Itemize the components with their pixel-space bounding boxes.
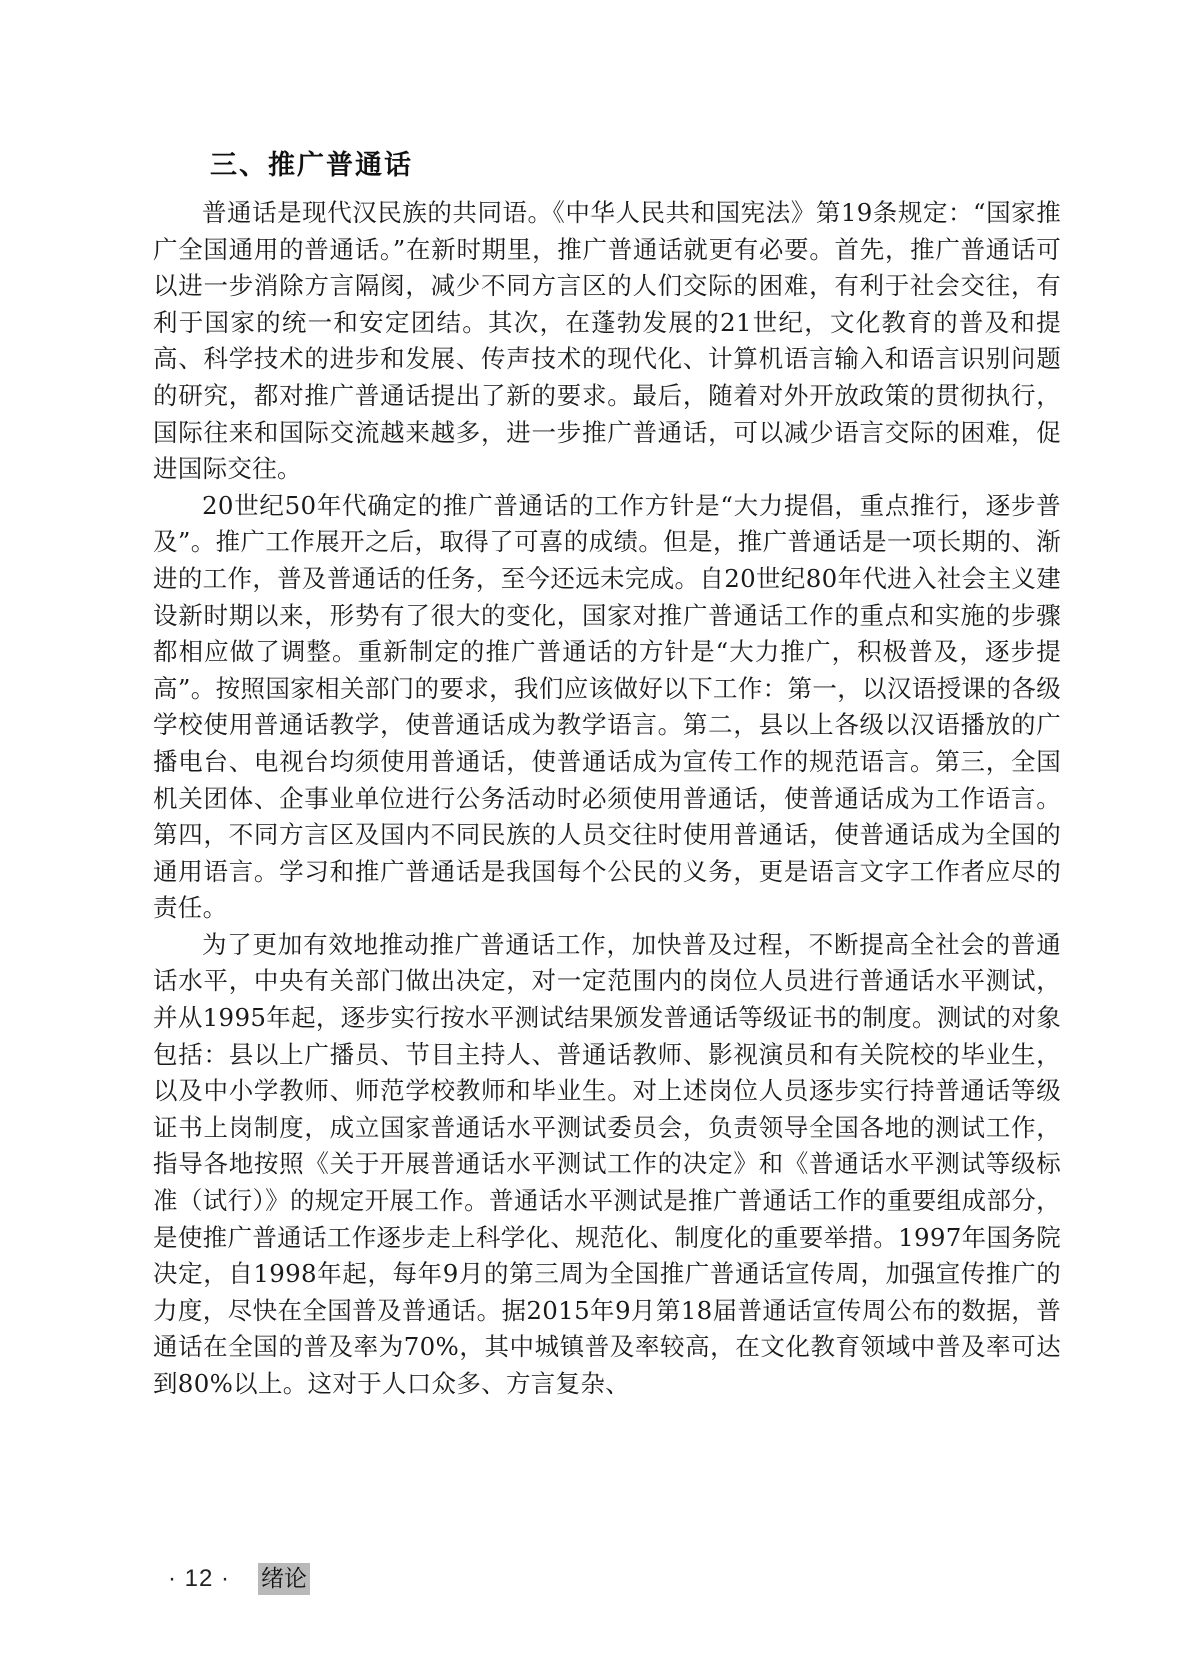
body-text: 普通话是现代汉民族的共同语。《中华人民共和国宪法》第19条规定：“国家推广全国通… (153, 195, 1061, 1403)
page-footer: · 12 · 绪论 (168, 1563, 310, 1595)
page-number: · 12 · (168, 1565, 230, 1593)
paragraph-2: 20世纪50年代确定的推广普通话的工作方针是“大力提倡，重点推行，逐步普及”。推… (153, 488, 1061, 927)
chapter-label: 绪论 (258, 1563, 310, 1595)
book-page: 三、推广普通话 普通话是现代汉民族的共同语。《中华人民共和国宪法》第19条规定：… (0, 0, 1200, 1669)
paragraph-3: 为了更加有效地推动推广普通话工作，加快普及过程，不断提高全社会的普通话水平，中央… (153, 927, 1061, 1403)
section-heading: 三、推广普通话 (210, 143, 413, 182)
paragraph-1: 普通话是现代汉民族的共同语。《中华人民共和国宪法》第19条规定：“国家推广全国通… (153, 195, 1061, 488)
